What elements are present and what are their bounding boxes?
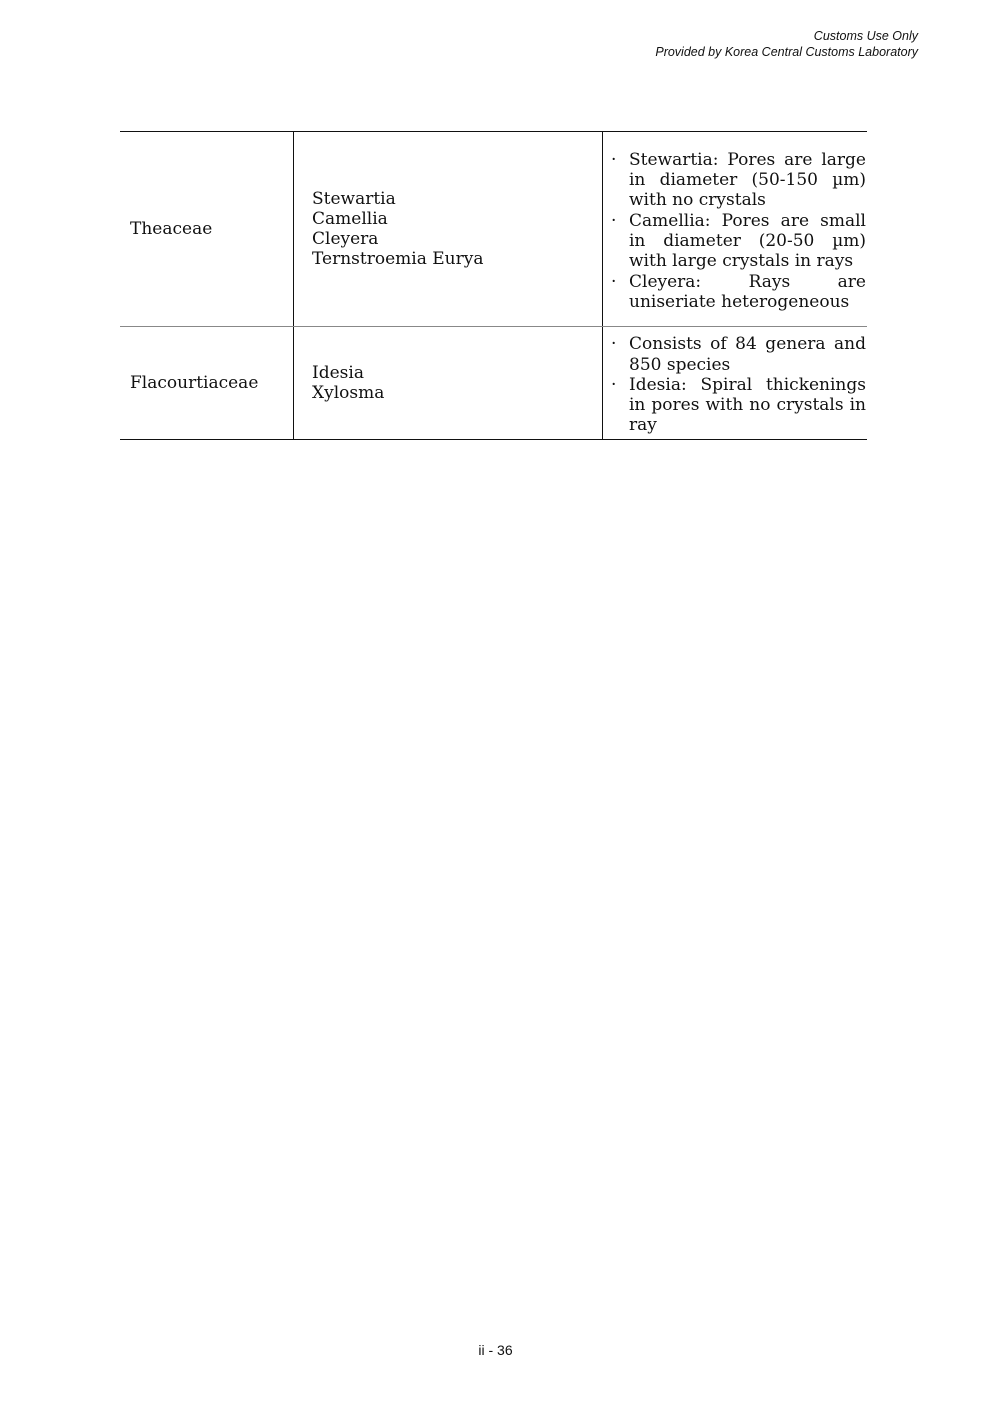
note-text: Idesia: Spiral thickenings in pores with… [629, 375, 866, 436]
bullet-icon: · [611, 211, 629, 272]
genus: Stewartia [312, 189, 602, 209]
table-row: Flacourtiaceae Idesia Xylosma · Consists… [120, 327, 867, 440]
note-text: Camellia: Pores are small in diameter (2… [629, 211, 866, 272]
family-cell: Flacourtiaceae [120, 327, 294, 440]
genera-cell: Stewartia Camellia Cleyera Ternstroemia … [294, 132, 603, 327]
page-header: Customs Use Only Provided by Korea Centr… [655, 28, 918, 60]
note-text: Consists of 84 genera and 850 species [629, 334, 866, 375]
note-item: · Idesia: Spiral thickenings in pores wi… [611, 375, 866, 436]
genus: Idesia [312, 363, 602, 383]
bullet-icon: · [611, 375, 629, 436]
notes-cell: · Stewartia: Pores are large in diameter… [603, 132, 868, 327]
genus: Ternstroemia Eurya [312, 249, 602, 269]
table-row: Theaceae Stewartia Camellia Cleyera Tern… [120, 132, 867, 327]
genera-cell: Idesia Xylosma [294, 327, 603, 440]
page-number: ii - 36 [0, 1342, 991, 1358]
bullet-icon: · [611, 272, 629, 313]
genus: Cleyera [312, 229, 602, 249]
note-item: · Stewartia: Pores are large in diameter… [611, 150, 866, 211]
wood-family-table: Theaceae Stewartia Camellia Cleyera Tern… [120, 131, 867, 440]
note-text: Cleyera: Rays are uniseriate heterogeneo… [629, 272, 866, 313]
family-cell: Theaceae [120, 132, 294, 327]
note-item: · Camellia: Pores are small in diameter … [611, 211, 866, 272]
note-item: · Cleyera: Rays are uniseriate heterogen… [611, 272, 866, 313]
header-line-2: Provided by Korea Central Customs Labora… [655, 44, 918, 60]
bullet-icon: · [611, 150, 629, 211]
bullet-icon: · [611, 334, 629, 375]
note-text: Stewartia: Pores are large in diameter (… [629, 150, 866, 211]
genus: Xylosma [312, 383, 602, 403]
genus: Camellia [312, 209, 602, 229]
header-line-1: Customs Use Only [655, 28, 918, 44]
notes-cell: · Consists of 84 genera and 850 species … [603, 327, 868, 440]
note-item: · Consists of 84 genera and 850 species [611, 334, 866, 375]
